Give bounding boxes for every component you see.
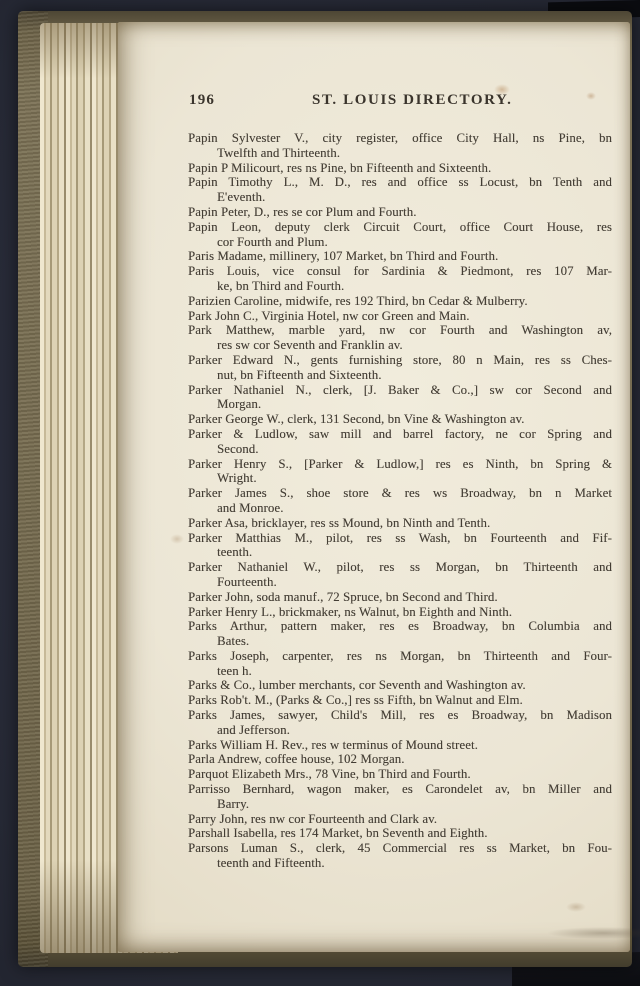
directory-entry: Parrisso Bernhard, wagon maker, es Caron…: [188, 782, 612, 812]
directory-entry: Park John C., Virginia Hotel, nw cor Gre…: [188, 309, 612, 324]
entry-line: res sw cor Seventh and Franklin av.: [188, 338, 612, 353]
entry-line: ke, bn Third and Fourth.: [188, 279, 612, 294]
entry-line: Parker James S., shoe store & res ws Bro…: [188, 486, 612, 501]
directory-entry: Parks Arthur, pattern maker, res es Broa…: [188, 619, 612, 649]
entry-line: Parks Rob't. M., (Parks & Co.,] res ss F…: [188, 693, 612, 708]
directory-entry: Parks William H. Rev., res w terminus of…: [188, 738, 612, 753]
entry-line: Parker Matthias M., pilot, res ss Wash, …: [188, 531, 612, 546]
entry-line: Park John C., Virginia Hotel, nw cor Gre…: [188, 309, 612, 324]
entry-line: Parker Henry S., [Parker & Ludlow,] res …: [188, 457, 612, 472]
entry-line: Parker George W., clerk, 131 Second, bn …: [188, 412, 612, 427]
smudge-stain: [548, 927, 640, 939]
directory-entry: Papin Peter, D., res se cor Plum and Fou…: [188, 205, 612, 220]
entry-line: Parker Nathaniel W., pilot, res ss Morga…: [188, 560, 612, 575]
directory-entry: Parry John, res nw cor Fourteenth and Cl…: [188, 812, 612, 827]
directory-entry: Parker Nathaniel W., pilot, res ss Morga…: [188, 560, 612, 590]
directory-entry: Parshall Isabella, res 174 Market, bn Se…: [188, 826, 612, 841]
entry-line: Papin Timothy L., M. D., res and office …: [188, 175, 612, 190]
entry-line: teen h.: [188, 664, 612, 679]
directory-entry: Parks James, sawyer, Child's Mill, res e…: [188, 708, 612, 738]
directory-entry: Parker Asa, bricklayer, res ss Mound, bn…: [188, 516, 612, 531]
entry-line: Parker & Ludlow, saw mill and barrel fac…: [188, 427, 612, 442]
directory-entry: Parquot Elizabeth Mrs., 78 Vine, bn Thir…: [188, 767, 612, 782]
entry-line: Twelfth and Thirteenth.: [188, 146, 612, 161]
entry-line: Parks Joseph, carpenter, res ns Morgan, …: [188, 649, 612, 664]
entry-line: Barry.: [188, 797, 612, 812]
entry-line: E'eventh.: [188, 190, 612, 205]
entry-line: Parquot Elizabeth Mrs., 78 Vine, bn Thir…: [188, 767, 612, 782]
entry-line: Parry John, res nw cor Fourteenth and Cl…: [188, 812, 612, 827]
entry-line: and Jefferson.: [188, 723, 612, 738]
directory-entries: Papin Sylvester V., city register, offic…: [188, 131, 612, 871]
entry-line: Parks Arthur, pattern maker, res es Broa…: [188, 619, 612, 634]
directory-entry: Paris Louis, vice consul for Sardinia & …: [188, 264, 612, 294]
directory-entry: Parks Joseph, carpenter, res ns Morgan, …: [188, 649, 612, 679]
entry-line: Fourteenth.: [188, 575, 612, 590]
foxing-stain: [170, 534, 184, 544]
directory-entry: Parsons Luman S., clerk, 45 Commercial r…: [188, 841, 612, 871]
entry-line: Parks & Co., lumber merchants, cor Seven…: [188, 678, 612, 693]
directory-entry: Parker Nathaniel N., clerk, [J. Baker & …: [188, 383, 612, 413]
directory-entry: Papin Leon, deputy clerk Circuit Court, …: [188, 220, 612, 250]
entry-line: Parsons Luman S., clerk, 45 Commercial r…: [188, 841, 612, 856]
directory-entry: Papin Timothy L., M. D., res and office …: [188, 175, 612, 205]
entry-line: Parker Asa, bricklayer, res ss Mound, bn…: [188, 516, 612, 531]
page-title: ST. LOUIS DIRECTORY.: [312, 92, 512, 109]
directory-entry: Parks & Co., lumber merchants, cor Seven…: [188, 678, 612, 693]
entry-line: Parks William H. Rev., res w terminus of…: [188, 738, 612, 753]
page-number: 196: [189, 92, 215, 109]
directory-entry: Parker Edward N., gents furnishing store…: [188, 353, 612, 383]
directory-entry: Parker James S., shoe store & res ws Bro…: [188, 486, 612, 516]
photo-background: 196 ST. LOUIS DIRECTORY. Papin Sylvester…: [0, 0, 640, 986]
entry-line: Papin Sylvester V., city register, offic…: [188, 131, 612, 146]
entry-line: Bates.: [188, 634, 612, 649]
entry-line: Second.: [188, 442, 612, 457]
entry-line: Morgan.: [188, 397, 612, 412]
entry-line: nut, bn Fifteenth and Sixteenth.: [188, 368, 612, 383]
entry-line: Papin Peter, D., res se cor Plum and Fou…: [188, 205, 612, 220]
entry-line: Papin Leon, deputy clerk Circuit Court, …: [188, 220, 612, 235]
directory-entry: Papin P Milicourt, res ns Pine, bn Fifte…: [188, 161, 612, 176]
entry-line: Park Matthew, marble yard, nw cor Fourth…: [188, 323, 612, 338]
entry-line: cor Fourth and Plum.: [188, 235, 612, 250]
entry-line: Paris Madame, millinery, 107 Market, bn …: [188, 249, 612, 264]
foxing-stain: [566, 902, 586, 912]
directory-entry: Parizien Caroline, midwife, res 192 Thir…: [188, 294, 612, 309]
entry-line: Parizien Caroline, midwife, res 192 Thir…: [188, 294, 612, 309]
entry-line: Parla Andrew, coffee house, 102 Morgan.: [188, 752, 612, 767]
entry-line: Parker John, soda manuf., 72 Spruce, bn …: [188, 590, 612, 605]
directory-entry: Paris Madame, millinery, 107 Market, bn …: [188, 249, 612, 264]
directory-entry: Parker & Ludlow, saw mill and barrel fac…: [188, 427, 612, 457]
entry-line: teenth and Fifteenth.: [188, 856, 612, 871]
entry-line: Parker Nathaniel N., clerk, [J. Baker & …: [188, 383, 612, 398]
entry-line: Wright.: [188, 471, 612, 486]
directory-entry: Parker Henry L., brickmaker, ns Walnut, …: [188, 605, 612, 620]
entry-line: Parks James, sawyer, Child's Mill, res e…: [188, 708, 612, 723]
entry-line: Paris Louis, vice consul for Sardinia & …: [188, 264, 612, 279]
entry-line: Parker Henry L., brickmaker, ns Walnut, …: [188, 605, 612, 620]
directory-entry: Parks Rob't. M., (Parks & Co.,] res ss F…: [188, 693, 612, 708]
directory-page: 196 ST. LOUIS DIRECTORY. Papin Sylvester…: [118, 22, 630, 952]
entry-line: Parshall Isabella, res 174 Market, bn Se…: [188, 826, 612, 841]
entry-line: teenth.: [188, 545, 612, 560]
entry-line: Parker Edward N., gents furnishing store…: [188, 353, 612, 368]
directory-entry: Parla Andrew, coffee house, 102 Morgan.: [188, 752, 612, 767]
directory-entry: Papin Sylvester V., city register, offic…: [188, 131, 612, 161]
entry-line: and Monroe.: [188, 501, 612, 516]
running-head: 196 ST. LOUIS DIRECTORY.: [118, 92, 630, 112]
directory-entry: Parker Henry S., [Parker & Ludlow,] res …: [188, 457, 612, 487]
directory-entry: Parker George W., clerk, 131 Second, bn …: [188, 412, 612, 427]
entry-line: Papin P Milicourt, res ns Pine, bn Fifte…: [188, 161, 612, 176]
entry-line: Parrisso Bernhard, wagon maker, es Caron…: [188, 782, 612, 797]
directory-entry: Park Matthew, marble yard, nw cor Fourth…: [188, 323, 612, 353]
directory-entry: Parker John, soda manuf., 72 Spruce, bn …: [188, 590, 612, 605]
directory-entry: Parker Matthias M., pilot, res ss Wash, …: [188, 531, 612, 561]
